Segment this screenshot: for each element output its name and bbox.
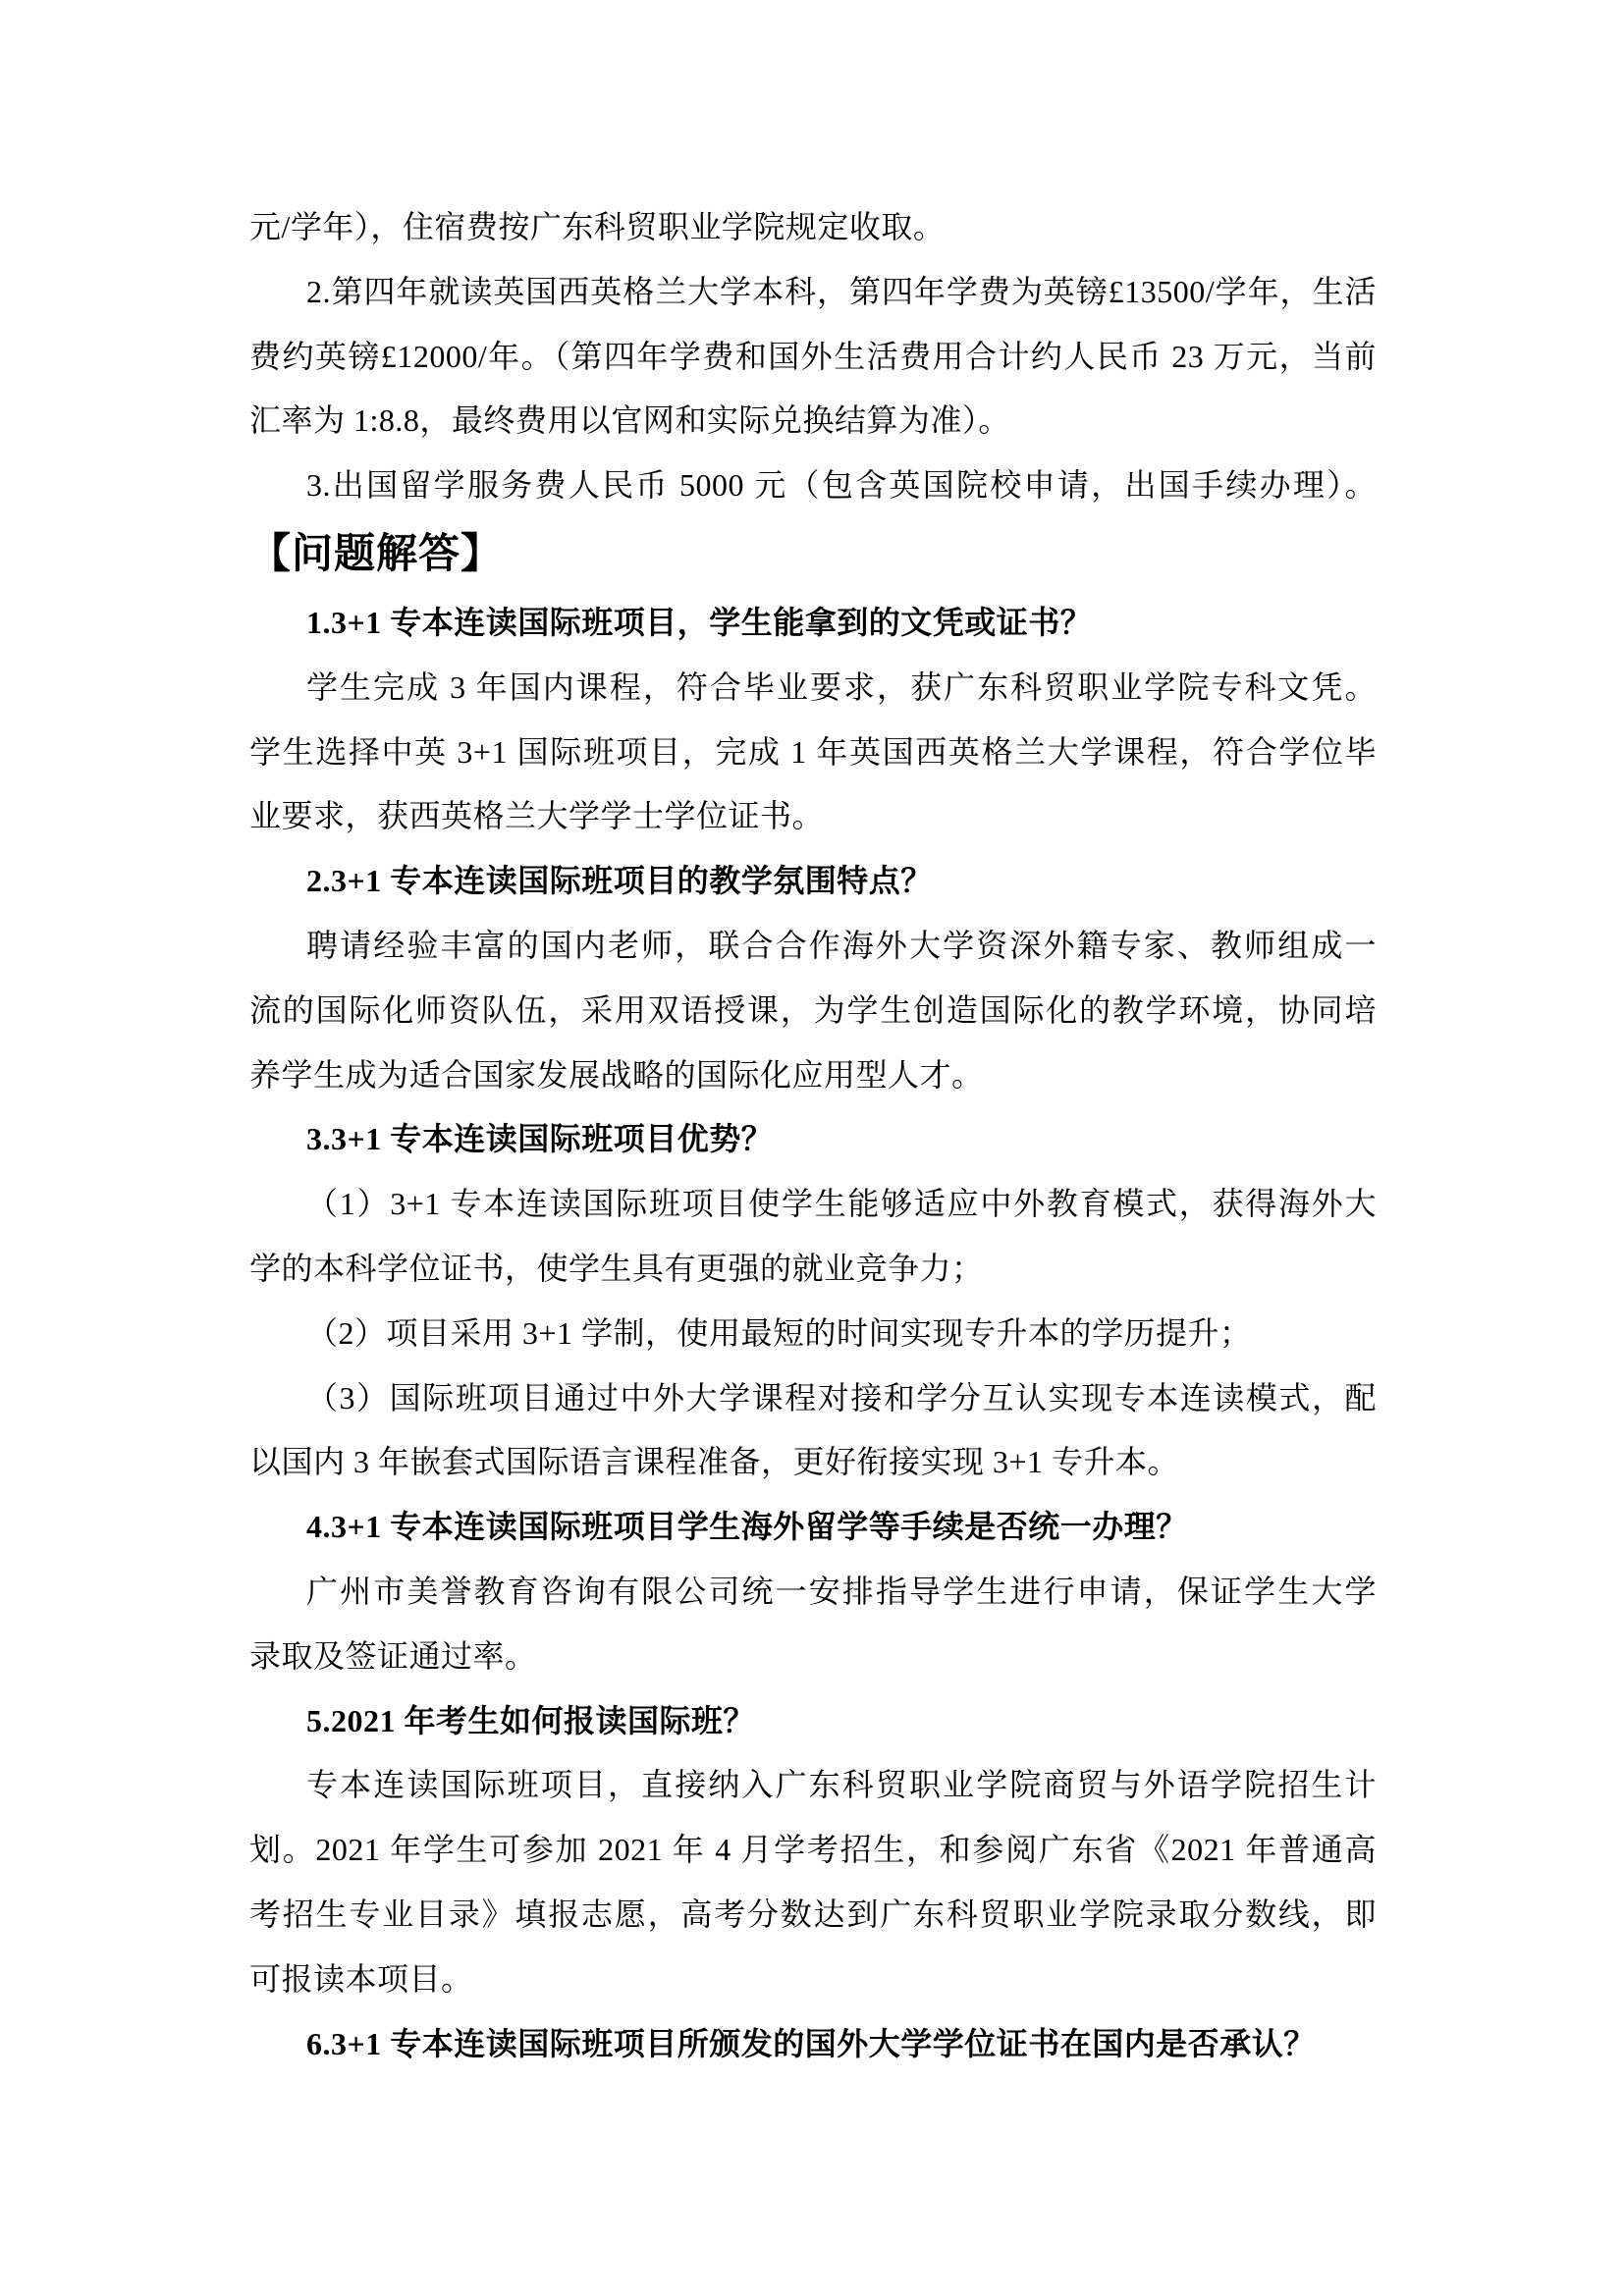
text-line: 3.出国留学服务费人民币 5000 元（包含英国院校申请，出国手续办理）。 [249,454,1377,518]
text-line: 4.3+1 专本连读国际班项目学生海外留学等手续是否统一办理？ [249,1495,1377,1560]
text-line: 元/学年），住宿费按广东科贸职业学院规定收取。 [249,195,1377,260]
section-heading: 【问题解答】 [249,518,1377,591]
text-line: （3）国际班项目通过中外大学课程对接和学分互认实现专本连读模式，配 [249,1366,1377,1431]
text-line: 广州市美誉教育咨询有限公司统一安排指导学生进行申请，保证学生大学 [249,1560,1377,1625]
text-content: 元/学年），住宿费按广东科贸职业学院规定收取。2.第四年就读英国西英格兰大学本科… [249,195,1377,2076]
text-line: 费约英镑£12000/年。（第四年学费和国外生活费用合计约人民币 23 万元，当… [249,325,1377,390]
text-line: 5.2021 年考生如何报读国际班？ [249,1689,1377,1754]
text-line: 2.第四年就读英国西英格兰大学本科，第四年学费为英镑£13500/学年，生活 [249,260,1377,325]
text-line: 1.3+1 专本连读国际班项目，学生能拿到的文凭或证书？ [249,591,1377,656]
text-line: 学生完成 3 年国内课程，符合毕业要求，获广东科贸职业学院专科文凭。 [249,656,1377,721]
text-line: 养学生成为适合国家发展战略的国际化应用型人才。 [249,1043,1377,1108]
text-line: 录取及签证通过率。 [249,1625,1377,1689]
text-line: 流的国际化师资队伍，采用双语授课，为学生创造国际化的教学环境，协同培 [249,979,1377,1043]
document-page: 元/学年），住宿费按广东科贸职业学院规定收取。2.第四年就读英国西英格兰大学本科… [0,0,1624,2296]
text-line: 专本连读国际班项目，直接纳入广东科贸职业学院商贸与外语学院招生计 [249,1753,1377,1818]
text-line: 学生选择中英 3+1 国际班项目，完成 1 年英国西英格兰大学课程，符合学位毕 [249,721,1377,785]
text-line: 业要求，获西英格兰大学学士学位证书。 [249,784,1377,849]
text-line: （2）项目采用 3+1 学制，使用最短的时间实现专升本的学历提升； [249,1302,1377,1366]
text-line: 学的本科学位证书，使学生具有更强的就业竞争力； [249,1237,1377,1302]
text-line: 聘请经验丰富的国内老师，联合合作海外大学资深外籍专家、教师组成一 [249,914,1377,979]
text-line: 划。2021 年学生可参加 2021 年 4 月学考招生，和参阅广东省《2021… [249,1818,1377,1883]
text-line: 6.3+1 专本连读国际班项目所颁发的国外大学学位证书在国内是否承认？ [249,2012,1377,2077]
text-line: 以国内 3 年嵌套式国际语言课程准备，更好衔接实现 3+1 专升本。 [249,1430,1377,1495]
text-line: 考招生专业目录》填报志愿，高考分数达到广东科贸职业学院录取分数线，即 [249,1883,1377,1948]
text-line: 汇率为 1:8.8，最终费用以官网和实际兑换结算为准）。 [249,389,1377,454]
text-line: 可报读本项目。 [249,1948,1377,2012]
text-line: （1）3+1 专本连读国际班项目使学生能够适应中外教育模式，获得海外大 [249,1172,1377,1237]
text-line: 2.3+1 专本连读国际班项目的教学氛围特点？ [249,849,1377,914]
text-line: 3.3+1 专本连读国际班项目优势？ [249,1107,1377,1172]
